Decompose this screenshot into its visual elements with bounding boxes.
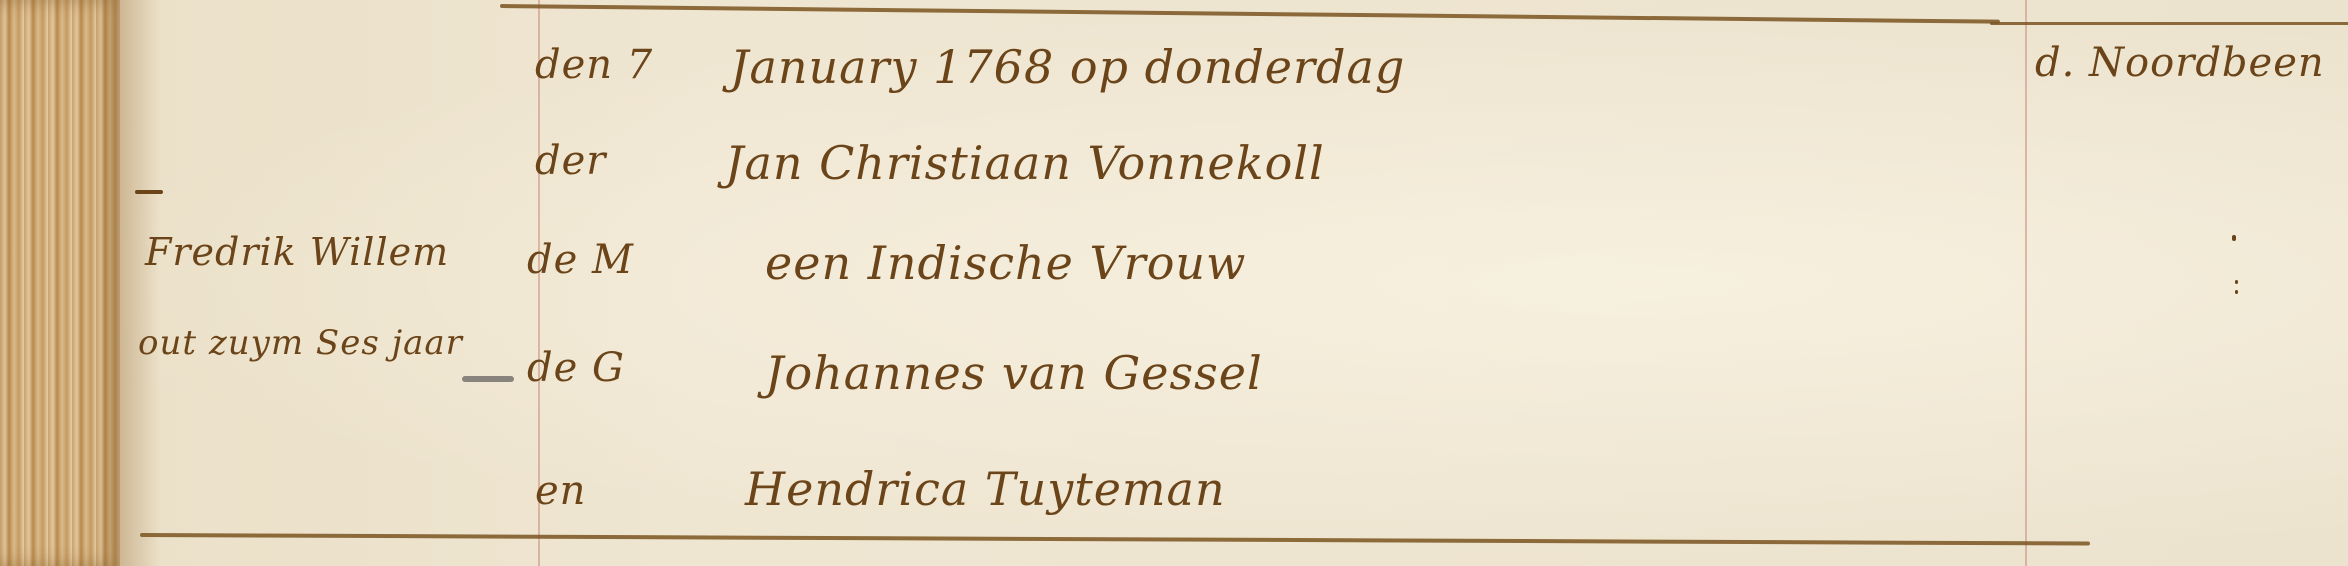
pencil-mark — [462, 376, 514, 382]
row-label-mother: de M — [527, 237, 634, 283]
margin-age-note: out zuym Ses jaar — [138, 323, 463, 363]
entry-date-text: January 1768 op donderdag — [730, 40, 1405, 94]
ink-speck — [2235, 280, 2238, 284]
row-label-date: den 7 — [535, 42, 653, 88]
register-page: Fredrik Willem out zuym Ses jaar den 7 d… — [0, 0, 2348, 566]
gutter-shadow — [120, 0, 160, 566]
column-rule-right — [2025, 0, 2027, 566]
book-gutter — [0, 0, 120, 566]
bottom-entry-rule — [140, 533, 2090, 546]
margin-child-name: Fredrik Willem — [145, 230, 449, 274]
right-column-note: d. Noordbeen — [2035, 40, 2325, 86]
ink-speck — [2235, 290, 2238, 294]
ink-speck — [2232, 235, 2236, 241]
row-label-witness: de G — [527, 345, 625, 391]
row-label-father: der — [535, 138, 606, 184]
entry-mother-desc: een Indische Vrouw — [765, 236, 1246, 290]
row-label-and: en — [535, 468, 586, 514]
top-entry-rule — [500, 4, 2000, 24]
margin-dash — [135, 190, 163, 194]
top-right-rule — [1990, 22, 2348, 25]
entry-witness-2: Hendrica Tuyteman — [745, 462, 1226, 516]
entry-father-name: Jan Christiaan Vonnekoll — [725, 136, 1325, 190]
entry-witness-1: Johannes van Gessel — [765, 346, 1263, 400]
